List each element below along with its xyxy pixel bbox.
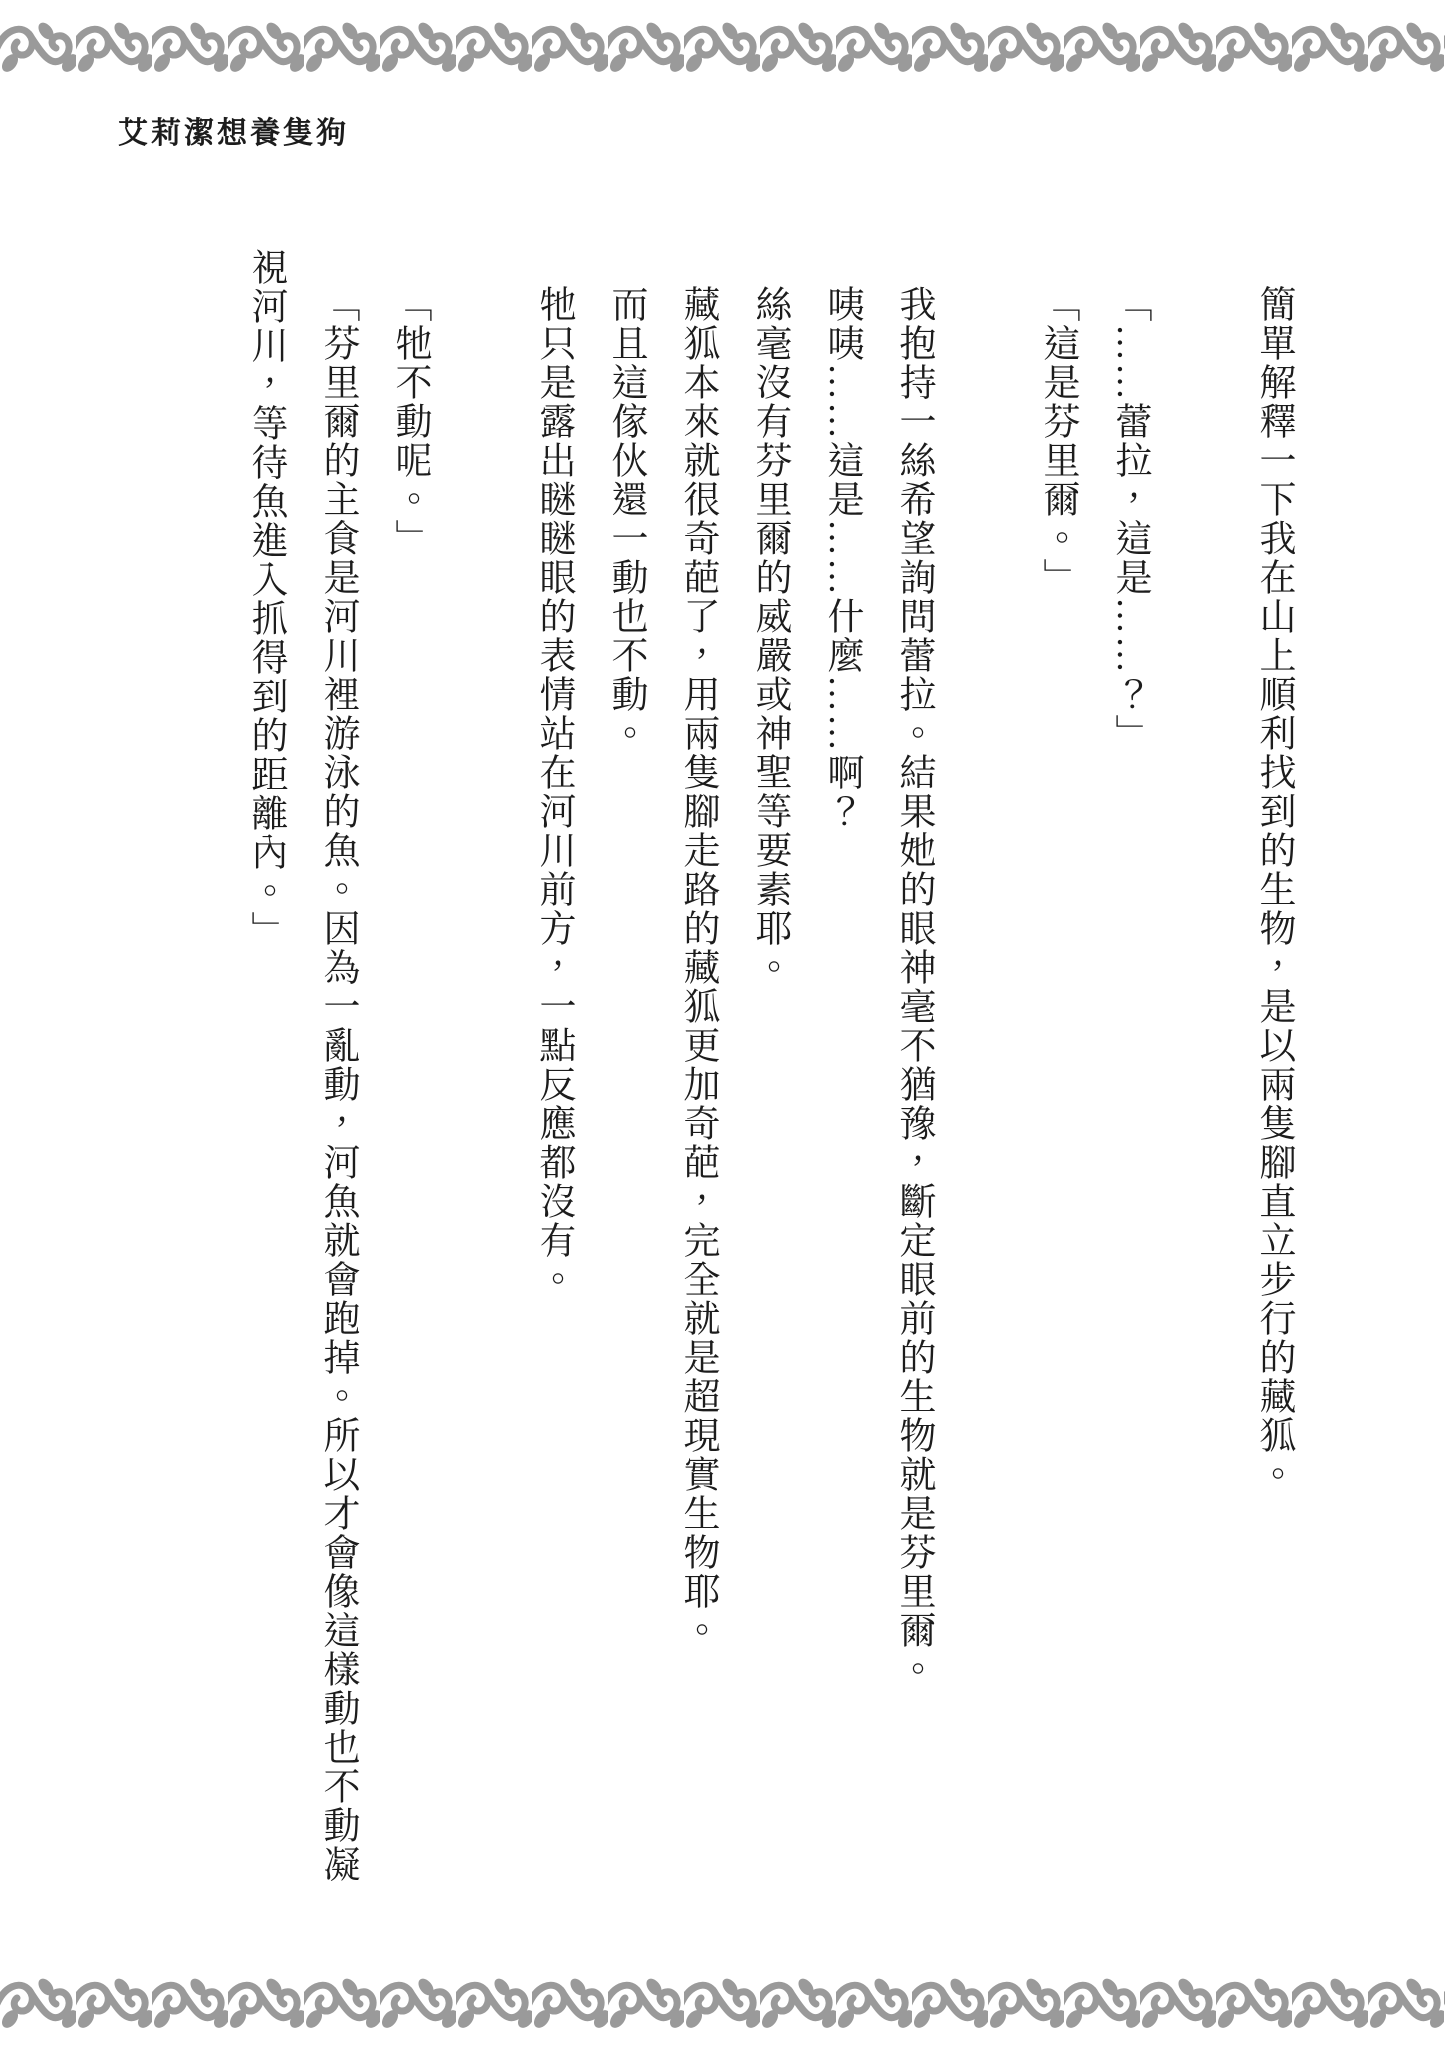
paragraph: 咦咦……這是……什麼……啊？ xyxy=(805,248,877,1892)
paragraph: 「芬里爾的主食是河川裡游泳的魚。因為一亂動，河魚就會跑掉。所以才會像這樣動也不動… xyxy=(229,248,373,1892)
paragraph: 藏狐本來就很奇葩了，用兩隻腳走路的藏狐更加奇葩，完全就是超現實生物耶。 xyxy=(661,248,733,1892)
paragraph: 「……蕾拉，這是……？」 xyxy=(1093,248,1165,1892)
ornamental-border-bottom-icon xyxy=(0,1974,1445,2032)
book-page: 艾莉潔想養隻狗 簡單解釋一下我在山上順利找到的生物，是以兩隻腳直立步行的藏狐。「… xyxy=(0,0,1445,2048)
paragraph: 牠只是露出瞇瞇眼的表情站在河川前方，一點反應都沒有。 xyxy=(517,248,589,1892)
body-text: 簡單解釋一下我在山上順利找到的生物，是以兩隻腳直立步行的藏狐。「……蕾拉，這是…… xyxy=(229,248,1309,1892)
chapter-title: 艾莉潔想養隻狗 xyxy=(118,108,349,152)
paragraph: 我抱持一絲希望詢問蕾拉。結果她的眼神毫不猶豫，斷定眼前的生物就是芬里爾。 xyxy=(877,248,949,1892)
paragraph: 而且這傢伙還一動也不動。 xyxy=(589,248,661,1892)
ornamental-border-top-icon xyxy=(0,18,1445,76)
paragraph: 「牠不動呢。」 xyxy=(373,248,445,1892)
paragraph: 「這是芬里爾。」 xyxy=(1021,248,1093,1892)
paragraph: 絲毫沒有芬里爾的威嚴或神聖等要素耶。 xyxy=(733,248,805,1892)
paragraph: 簡單解釋一下我在山上順利找到的生物，是以兩隻腳直立步行的藏狐。 xyxy=(1237,248,1309,1892)
